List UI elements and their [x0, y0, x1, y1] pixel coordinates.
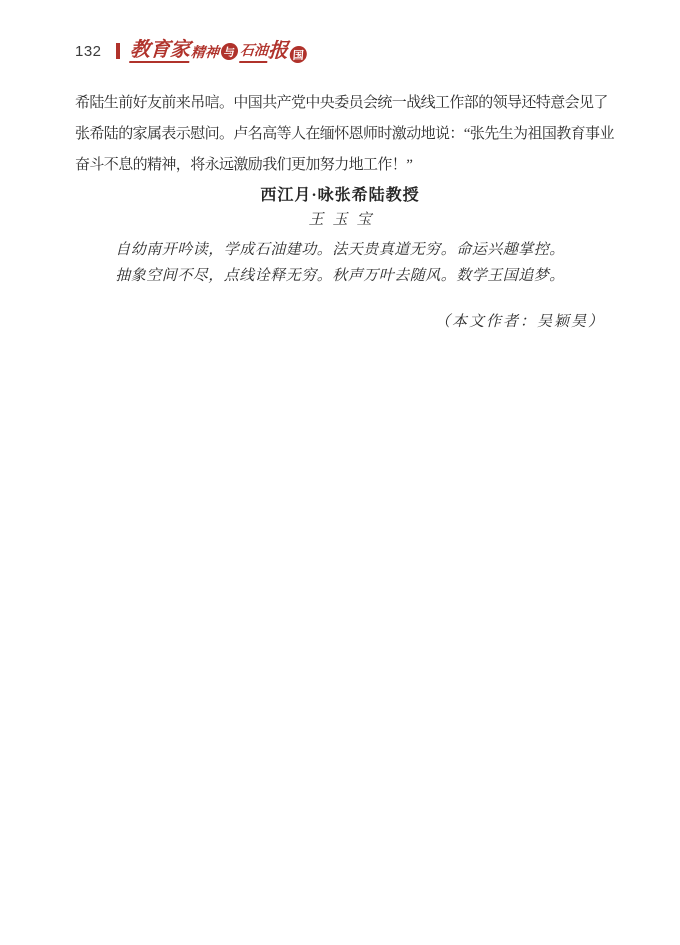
article-body: 希陆生前好友前来吊唁。中国共产党中央委员会统一战线工作部的领导还特意会见了 张希… [75, 88, 607, 181]
page-header: 132 教育家 精神 与 石油 报 国 [75, 38, 308, 64]
logo-circle-guo-icon: 国 [289, 46, 307, 63]
logo-text-jiaoyujia: 教育家 [129, 40, 191, 63]
journal-logo: 教育家 精神 与 石油 报 国 [129, 40, 309, 63]
body-line-1: 希陆生前好友前来吊唁。中国共产党中央委员会统一战线工作部的领导还特意会见了 [75, 88, 607, 119]
poem-line-2: 抽象空间不尽，点线诠释无穷。秋声万叶去随风。数学王国追梦。 [0, 263, 680, 289]
header-divider-bar [116, 43, 120, 59]
book-page: 132 教育家 精神 与 石油 报 国 希陆生前好友前来吊唁。中国共产党中央委员… [0, 0, 680, 945]
poem-body: 自幼南开吟读，学成石油建功。法天贵真道无穷。命运兴趣掌控。 抽象空间不尽，点线诠… [0, 237, 680, 289]
poem-line-1: 自幼南开吟读，学成石油建功。法天贵真道无穷。命运兴趣掌控。 [0, 237, 680, 263]
logo-text-bao: 报 [267, 41, 288, 62]
body-line-2: 张希陆的家属表示慰问。卢名高等人在缅怀恩师时激动地说：“张先生为祖国教育事业 [75, 119, 607, 150]
logo-circle-yu-icon: 与 [220, 43, 238, 60]
logo-text-jingshen: 精神 [190, 47, 219, 63]
page-number: 132 [75, 43, 102, 60]
poem-author: 王玉宝 [0, 208, 680, 229]
logo-text-shiyou: 石油 [239, 45, 268, 63]
body-line-3: 奋斗不息的精神，将永远激励我们更加努力地工作！” [75, 150, 607, 181]
article-attribution: （本文作者：吴颖昊） [435, 310, 605, 331]
poem-title: 西江月·咏张希陆教授 [0, 182, 680, 205]
